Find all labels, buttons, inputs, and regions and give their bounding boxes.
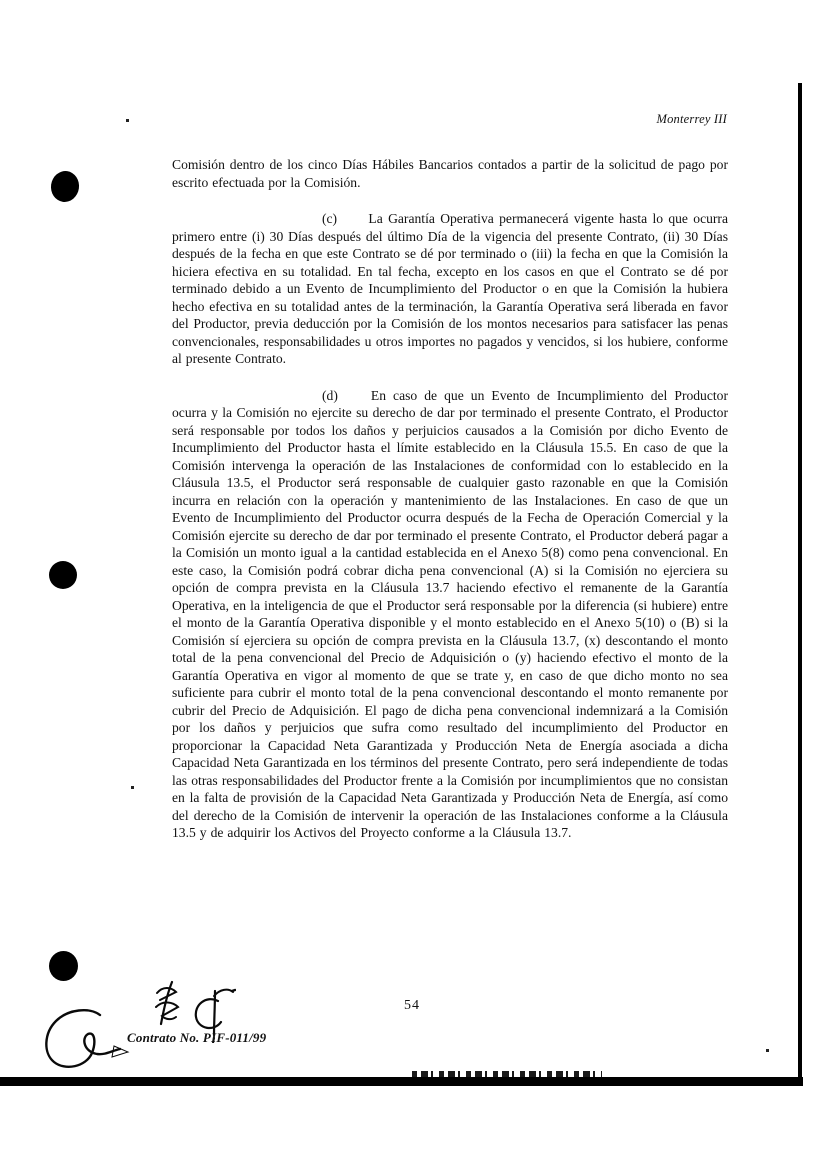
scan-edge-bar-bottom bbox=[0, 1077, 803, 1086]
contract-number-footer: Contrato No. PIF-011/99 bbox=[127, 1030, 266, 1046]
paragraph-label: (d) bbox=[322, 388, 364, 403]
scan-noise-marks bbox=[412, 1071, 602, 1078]
paragraph-d: (d) En caso de que un Evento de Incumpli… bbox=[172, 387, 728, 842]
scan-speck bbox=[131, 786, 134, 789]
running-header: Monterrey III bbox=[0, 112, 727, 127]
scanned-contract-page: Monterrey III Comisión dentro de los cin… bbox=[0, 0, 828, 1169]
contract-body: Comisión dentro de los cinco Días Hábile… bbox=[172, 156, 728, 842]
hole-punch-middle bbox=[49, 561, 77, 589]
paragraph-text: Comisión dentro de los cinco Días Hábile… bbox=[172, 157, 728, 190]
paragraph-c: (c) La Garantía Operativa permanecerá vi… bbox=[172, 210, 728, 368]
paragraph-continuation: Comisión dentro de los cinco Días Hábile… bbox=[172, 156, 728, 191]
hole-punch-top bbox=[49, 169, 81, 204]
paragraph-text: En caso de que un Evento de Incumplimien… bbox=[172, 388, 728, 841]
paragraph-text: La Garantía Operativa permanecerá vigent… bbox=[172, 211, 728, 366]
page-number: 54 bbox=[404, 998, 444, 1014]
scan-edge-bar-right bbox=[798, 83, 802, 1086]
scan-speck bbox=[766, 1049, 769, 1052]
hole-punch-bottom bbox=[49, 951, 78, 981]
paragraph-label: (c) bbox=[322, 211, 363, 226]
